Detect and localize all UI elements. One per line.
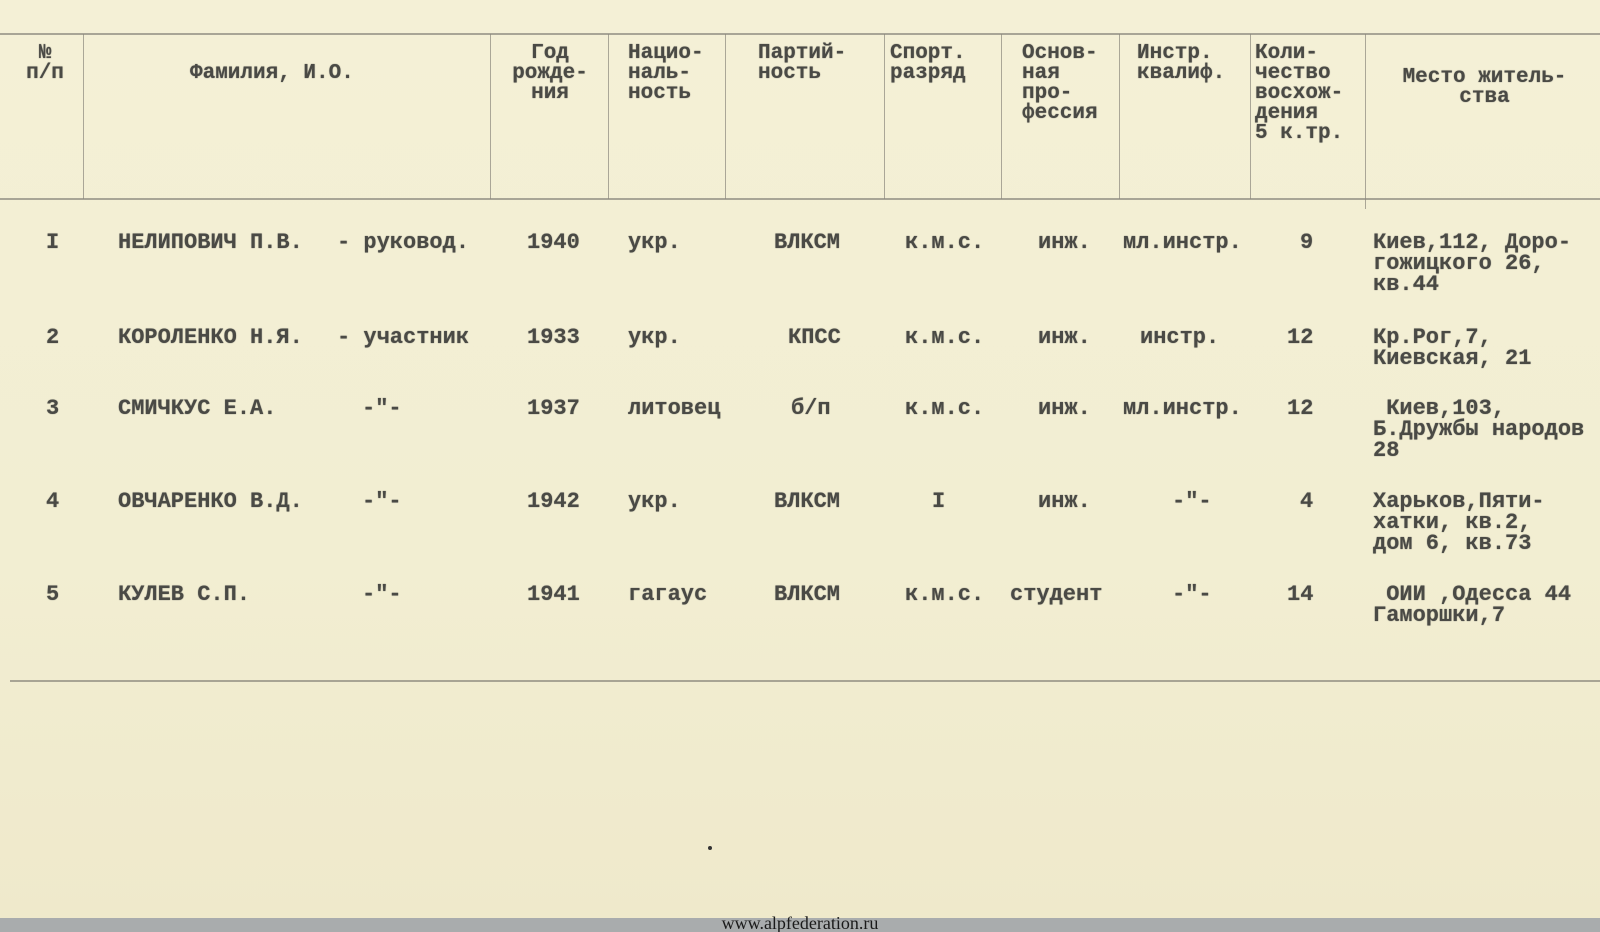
row-number: 3	[46, 398, 59, 419]
row-nationality: укр.	[628, 491, 681, 512]
row-residence: Харьков,Пяти- хатки, кв.2, дом 6, кв.73	[1373, 491, 1545, 554]
ink-speck	[708, 846, 712, 850]
row-residence: Киев,103, Б.Дружбы народов 28	[1373, 398, 1584, 461]
row-birth-year: 1942	[527, 491, 580, 512]
row-number: I	[46, 232, 59, 253]
row-party: ВЛКСМ	[774, 584, 840, 605]
column-divider	[83, 34, 84, 199]
row-name: СМИЧКУС Е.А.	[118, 398, 276, 419]
row-sport-rank: I	[932, 491, 945, 512]
row-instructor: мл.инстр.	[1123, 398, 1242, 419]
column-divider	[1365, 34, 1366, 209]
row-role: -"-	[362, 491, 402, 512]
row-instructor: мл.инстр.	[1123, 232, 1242, 253]
row-birth-year: 1941	[527, 584, 580, 605]
header-ascents-count: Коли- чество восхож- дения 5 к.тр.	[1255, 44, 1343, 144]
header-nationality: Нацио- наль- ность	[628, 44, 704, 104]
header-number: № п/п	[10, 44, 80, 84]
row-profession: инж.	[1038, 398, 1091, 419]
row-number: 5	[46, 584, 59, 605]
row-birth-year: 1937	[527, 398, 580, 419]
row-birth-year: 1933	[527, 327, 580, 348]
row-ascents: 4	[1300, 491, 1313, 512]
row-name: КУЛЕВ С.П.	[118, 584, 250, 605]
row-instructor: -"-	[1172, 491, 1212, 512]
row-name: КОРОЛЕНКО Н.Я.	[118, 327, 303, 348]
row-nationality: укр.	[628, 327, 681, 348]
row-sport-rank: к.м.с.	[905, 398, 984, 419]
header-sport-rank: Спорт. разряд	[890, 44, 966, 84]
row-residence: ОИИ ,Одесса 44 Гаморшки,7	[1373, 584, 1571, 626]
table-bottom-rule	[10, 680, 1600, 682]
row-ascents: 14	[1287, 584, 1313, 605]
header-name: Фамилия, И.О.	[190, 64, 354, 84]
row-nationality: укр.	[628, 232, 681, 253]
column-divider	[725, 34, 726, 199]
row-birth-year: 1940	[527, 232, 580, 253]
row-sport-rank: к.м.с.	[905, 327, 984, 348]
row-number: 4	[46, 491, 59, 512]
row-residence: Киев,112, Доро- гожицкого 26, кв.44	[1373, 232, 1571, 295]
row-profession: инж.	[1038, 491, 1091, 512]
scanned-document-page: № п/п Фамилия, И.О. Год рожде- ния Нацио…	[0, 0, 1600, 918]
row-role: -"-	[362, 584, 402, 605]
row-party: ВЛКСМ	[774, 491, 840, 512]
row-number: 2	[46, 327, 59, 348]
row-sport-rank: к.м.с.	[905, 584, 984, 605]
row-party: КПСС	[788, 327, 841, 348]
row-party: б/п	[791, 398, 831, 419]
row-instructor: -"-	[1172, 584, 1212, 605]
column-divider	[608, 34, 609, 199]
row-profession: инж.	[1038, 232, 1091, 253]
row-role: -"-	[362, 398, 402, 419]
table-header-bottom-rule	[0, 198, 1600, 200]
row-role: - участник	[337, 327, 469, 348]
row-name: ОВЧАРЕНКО В.Д.	[118, 491, 303, 512]
column-divider	[884, 34, 885, 199]
column-divider	[1250, 34, 1251, 199]
header-residence: Место житель- ства	[1372, 68, 1597, 108]
row-sport-rank: к.м.с.	[905, 232, 984, 253]
row-residence: Кр.Рог,7, Киевская, 21	[1373, 327, 1531, 369]
row-ascents: 12	[1287, 327, 1313, 348]
row-nationality: литовец	[628, 398, 720, 419]
row-profession: инж.	[1038, 327, 1091, 348]
source-watermark: www.alpfederation.ru	[0, 914, 1600, 932]
table-top-rule	[0, 33, 1600, 35]
header-party: Партий- ность	[758, 44, 846, 84]
row-nationality: гагаус	[628, 584, 707, 605]
column-divider	[1001, 34, 1002, 199]
column-divider	[1119, 34, 1120, 199]
row-ascents: 9	[1300, 232, 1313, 253]
row-profession: студент	[1010, 584, 1102, 605]
row-instructor: инстр.	[1140, 327, 1219, 348]
row-party: ВЛКСМ	[774, 232, 840, 253]
row-ascents: 12	[1287, 398, 1313, 419]
row-name: НЕЛИПОВИЧ П.В.	[118, 232, 303, 253]
header-instructor-qualification: Инстр. квалиф.	[1137, 44, 1225, 84]
header-profession: Основ- ная про- фессия	[1022, 44, 1098, 124]
column-divider	[490, 34, 491, 199]
header-birth-year: Год рожде- ния	[500, 44, 600, 104]
row-role: - руковод.	[337, 232, 469, 253]
